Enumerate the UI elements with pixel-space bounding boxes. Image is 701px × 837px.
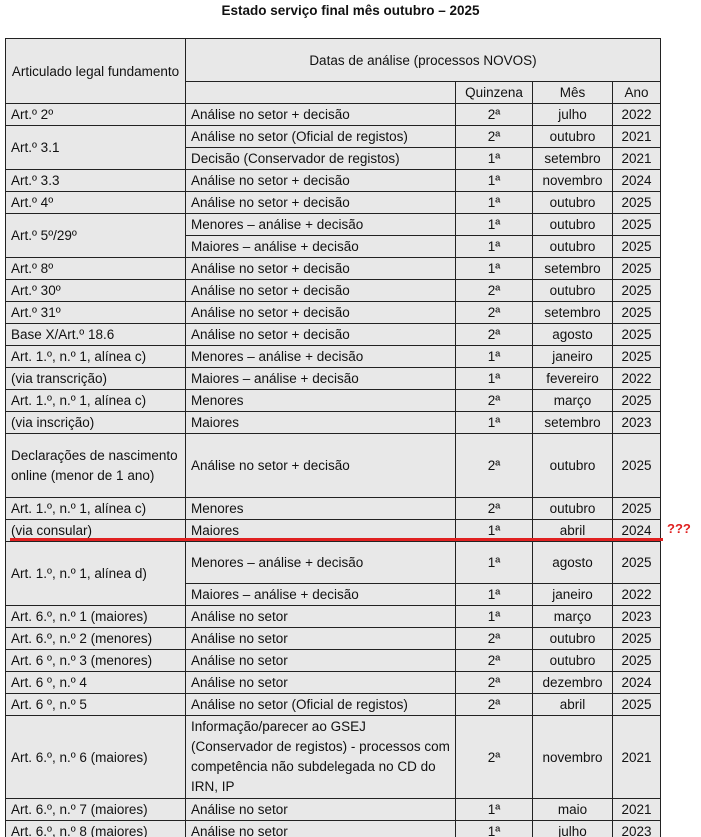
cell-month: agosto — [533, 324, 613, 346]
cell-year: 2023 — [613, 606, 661, 628]
header-ano: Ano — [613, 82, 661, 104]
cell-legal-basis: (via transcrição) — [6, 368, 186, 390]
cell-year: 2021 — [613, 126, 661, 148]
table-body: Art.º 2ºAnálise no setor + decisão2ªjulh… — [6, 104, 661, 837]
table-row: Art. 6 º, n.º 3 (menores)Análise no seto… — [6, 650, 661, 672]
cell-description: Menores — [186, 498, 456, 520]
cell-quinzena: 1ª — [456, 258, 533, 280]
cell-description: Análise no setor + decisão — [186, 280, 456, 302]
cell-month: outubro — [533, 236, 613, 258]
cell-year: 2025 — [613, 258, 661, 280]
cell-month: julho — [533, 104, 613, 126]
table-row: Art.º 3.1Análise no setor (Oficial de re… — [6, 126, 661, 148]
cell-month: maio — [533, 799, 613, 821]
table-row: (via inscrição)Maiores1ªsetembro2023 — [6, 412, 661, 434]
cell-legal-basis: Art. 1.º, n.º 1, alínea c) — [6, 390, 186, 412]
header-quinzena: Quinzena — [456, 82, 533, 104]
cell-month: outubro — [533, 280, 613, 302]
cell-description: Análise no setor (Oficial de registos) — [186, 126, 456, 148]
cell-legal-basis: Art. 6.º, n.º 1 (maiores) — [6, 606, 186, 628]
cell-quinzena: 1ª — [456, 799, 533, 821]
cell-description: Análise no setor — [186, 821, 456, 837]
table-row: Art. 6 º, n.º 5Análise no setor (Oficial… — [6, 694, 661, 716]
cell-year: 2025 — [613, 390, 661, 412]
cell-legal-basis: Art.º 30º — [6, 280, 186, 302]
cell-month: setembro — [533, 302, 613, 324]
cell-description: Análise no setor + decisão — [186, 434, 456, 498]
cell-legal-basis: Art.º 4º — [6, 192, 186, 214]
table-row: Art.º 5º/29ºMenores – análise + decisão1… — [6, 214, 661, 236]
cell-year: 2023 — [613, 821, 661, 837]
cell-month: outubro — [533, 126, 613, 148]
cell-month: abril — [533, 694, 613, 716]
cell-year: 2025 — [613, 280, 661, 302]
cell-legal-basis: Art.º 8º — [6, 258, 186, 280]
cell-year: 2023 — [613, 412, 661, 434]
cell-legal-basis: Art. 6 º, n.º 3 (menores) — [6, 650, 186, 672]
cell-legal-basis: Art.º 5º/29º — [6, 214, 186, 258]
cell-year: 2025 — [613, 192, 661, 214]
cell-quinzena: 2ª — [456, 390, 533, 412]
cell-year: 2021 — [613, 148, 661, 170]
table-row: Art.º 2ºAnálise no setor + decisão2ªjulh… — [6, 104, 661, 126]
cell-description: Menores – análise + decisão — [186, 346, 456, 368]
table-row: Art. 6.º, n.º 6 (maiores)Informação/pare… — [6, 716, 661, 799]
cell-legal-basis: Art. 1.º, n.º 1, alínea c) — [6, 346, 186, 368]
cell-description: Análise no setor + decisão — [186, 302, 456, 324]
cell-quinzena: 1ª — [456, 606, 533, 628]
cell-month: outubro — [533, 214, 613, 236]
cell-year: 2022 — [613, 104, 661, 126]
table-row: Art. 1.º, n.º 1, alínea c)Menores2ªmarço… — [6, 390, 661, 412]
header-description — [186, 82, 456, 104]
table-row: Art. 1.º, n.º 1, alínea c)Menores – anál… — [6, 346, 661, 368]
cell-legal-basis: Art.º 3.3 — [6, 170, 186, 192]
cell-legal-basis: Art. 6.º, n.º 6 (maiores) — [6, 716, 186, 799]
cell-year: 2025 — [613, 542, 661, 584]
cell-month: janeiro — [533, 346, 613, 368]
header-legal-basis: Articulado legal fundamento — [6, 39, 186, 104]
cell-year: 2021 — [613, 799, 661, 821]
cell-month: outubro — [533, 498, 613, 520]
cell-quinzena: 2ª — [456, 302, 533, 324]
cell-quinzena: 2ª — [456, 434, 533, 498]
cell-year: 2025 — [613, 650, 661, 672]
red-underline-marker — [10, 538, 663, 541]
cell-year: 2025 — [613, 302, 661, 324]
cell-description: Análise no setor + decisão — [186, 324, 456, 346]
cell-legal-basis: Art. 1.º, n.º 1, alínea c) — [6, 498, 186, 520]
cell-month: setembro — [533, 258, 613, 280]
table-row: Art.º 31ºAnálise no setor + decisão2ªset… — [6, 302, 661, 324]
table-row: Art.º 30ºAnálise no setor + decisão2ªout… — [6, 280, 661, 302]
cell-month: outubro — [533, 650, 613, 672]
question-annotation: ??? — [667, 521, 691, 536]
table-row: Art. 6.º, n.º 8 (maiores)Análise no seto… — [6, 821, 661, 837]
cell-description: Maiores – análise + decisão — [186, 236, 456, 258]
cell-quinzena: 2ª — [456, 280, 533, 302]
table-row: Art. 1.º, n.º 1, alínea d)Menores – anál… — [6, 542, 661, 584]
cell-year: 2025 — [613, 628, 661, 650]
cell-description: Análise no setor — [186, 606, 456, 628]
cell-quinzena: 1ª — [456, 236, 533, 258]
cell-description: Análise no setor + decisão — [186, 258, 456, 280]
cell-quinzena: 2ª — [456, 628, 533, 650]
cell-quinzena: 2ª — [456, 498, 533, 520]
cell-quinzena: 1ª — [456, 346, 533, 368]
cell-quinzena: 1ª — [456, 192, 533, 214]
cell-legal-basis: Art. 6.º, n.º 8 (maiores) — [6, 821, 186, 837]
cell-quinzena: 2ª — [456, 324, 533, 346]
table-row: Base X/Art.º 18.6Análise no setor + deci… — [6, 324, 661, 346]
cell-month: janeiro — [533, 584, 613, 606]
cell-year: 2022 — [613, 368, 661, 390]
cell-quinzena: 1ª — [456, 148, 533, 170]
cell-month: outubro — [533, 192, 613, 214]
cell-description: Análise no setor — [186, 799, 456, 821]
cell-description: Menores — [186, 390, 456, 412]
table-row: Art. 6.º, n.º 1 (maiores)Análise no seto… — [6, 606, 661, 628]
cell-quinzena: 1ª — [456, 412, 533, 434]
cell-description: Menores – análise + decisão — [186, 542, 456, 584]
table-row: Art. 6 º, n.º 4Análise no setor2ªdezembr… — [6, 672, 661, 694]
cell-year: 2022 — [613, 584, 661, 606]
cell-description: Análise no setor (Oficial de registos) — [186, 694, 456, 716]
cell-month: dezembro — [533, 672, 613, 694]
header-legal-basis-label: Articulado legal fundamento — [12, 64, 179, 79]
cell-year: 2025 — [613, 324, 661, 346]
cell-quinzena: 2ª — [456, 126, 533, 148]
cell-quinzena: 1ª — [456, 368, 533, 390]
cell-legal-basis: (via inscrição) — [6, 412, 186, 434]
document-title: Estado serviço final mês outubro – 2025 — [0, 3, 701, 18]
table-row: Art.º 8ºAnálise no setor + decisão1ªsete… — [6, 258, 661, 280]
table-row: Declarações de nascimento online (menor … — [6, 434, 661, 498]
cell-year: 2025 — [613, 498, 661, 520]
cell-quinzena: 1ª — [456, 214, 533, 236]
cell-legal-basis: Art. 1.º, n.º 1, alínea d) — [6, 542, 186, 606]
table-row: Art.º 3.3Análise no setor + decisão1ªnov… — [6, 170, 661, 192]
table-row: (via transcrição)Maiores – análise + dec… — [6, 368, 661, 390]
cell-month: março — [533, 390, 613, 412]
cell-quinzena: 1ª — [456, 821, 533, 837]
cell-quinzena: 2ª — [456, 672, 533, 694]
cell-month: agosto — [533, 542, 613, 584]
cell-month: setembro — [533, 148, 613, 170]
cell-year: 2025 — [613, 694, 661, 716]
status-table: Articulado legal fundamento Datas de aná… — [5, 38, 661, 837]
cell-description: Análise no setor — [186, 672, 456, 694]
cell-legal-basis: Art.º 2º — [6, 104, 186, 126]
table-row: Art.º 4ºAnálise no setor + decisão1ªoutu… — [6, 192, 661, 214]
cell-quinzena: 2ª — [456, 716, 533, 799]
cell-description: Análise no setor — [186, 650, 456, 672]
cell-month: novembro — [533, 170, 613, 192]
cell-quinzena: 1ª — [456, 542, 533, 584]
cell-description: Maiores — [186, 412, 456, 434]
cell-year: 2025 — [613, 236, 661, 258]
cell-legal-basis: Art.º 3.1 — [6, 126, 186, 170]
cell-year: 2024 — [613, 170, 661, 192]
cell-description: Informação/parecer ao GSEJ (Conservador … — [186, 716, 456, 799]
cell-year: 2021 — [613, 716, 661, 799]
cell-legal-basis: Declarações de nascimento online (menor … — [6, 434, 186, 498]
cell-legal-basis: Base X/Art.º 18.6 — [6, 324, 186, 346]
table-row: Art. 6.º, n.º 2 (menores)Análise no seto… — [6, 628, 661, 650]
cell-month: outubro — [533, 434, 613, 498]
cell-description: Análise no setor — [186, 628, 456, 650]
cell-description: Maiores – análise + decisão — [186, 584, 456, 606]
cell-year: 2025 — [613, 214, 661, 236]
cell-year: 2025 — [613, 346, 661, 368]
table-row: Art. 6.º, n.º 7 (maiores)Análise no seto… — [6, 799, 661, 821]
cell-legal-basis: Art. 6 º, n.º 5 — [6, 694, 186, 716]
cell-description: Menores – análise + decisão — [186, 214, 456, 236]
cell-description: Decisão (Conservador de registos) — [186, 148, 456, 170]
cell-month: outubro — [533, 628, 613, 650]
cell-quinzena: 2ª — [456, 694, 533, 716]
cell-legal-basis: Art. 6 º, n.º 4 — [6, 672, 186, 694]
cell-quinzena: 1ª — [456, 584, 533, 606]
table-row: Art. 1.º, n.º 1, alínea c)Menores2ªoutub… — [6, 498, 661, 520]
cell-description: Análise no setor + decisão — [186, 104, 456, 126]
cell-legal-basis: Art.º 31º — [6, 302, 186, 324]
cell-description: Análise no setor + decisão — [186, 192, 456, 214]
cell-year: 2024 — [613, 672, 661, 694]
header-analysis-dates: Datas de análise (processos NOVOS) — [186, 39, 661, 82]
cell-quinzena: 2ª — [456, 104, 533, 126]
cell-legal-basis: Art. 6.º, n.º 7 (maiores) — [6, 799, 186, 821]
cell-month: fevereiro — [533, 368, 613, 390]
cell-legal-basis: Art. 6.º, n.º 2 (menores) — [6, 628, 186, 650]
header-mes: Mês — [533, 82, 613, 104]
cell-quinzena: 2ª — [456, 650, 533, 672]
cell-description: Análise no setor + decisão — [186, 170, 456, 192]
cell-month: julho — [533, 821, 613, 837]
cell-description: Maiores – análise + decisão — [186, 368, 456, 390]
cell-month: novembro — [533, 716, 613, 799]
cell-quinzena: 1ª — [456, 170, 533, 192]
cell-month: março — [533, 606, 613, 628]
cell-month: setembro — [533, 412, 613, 434]
cell-year: 2025 — [613, 434, 661, 498]
